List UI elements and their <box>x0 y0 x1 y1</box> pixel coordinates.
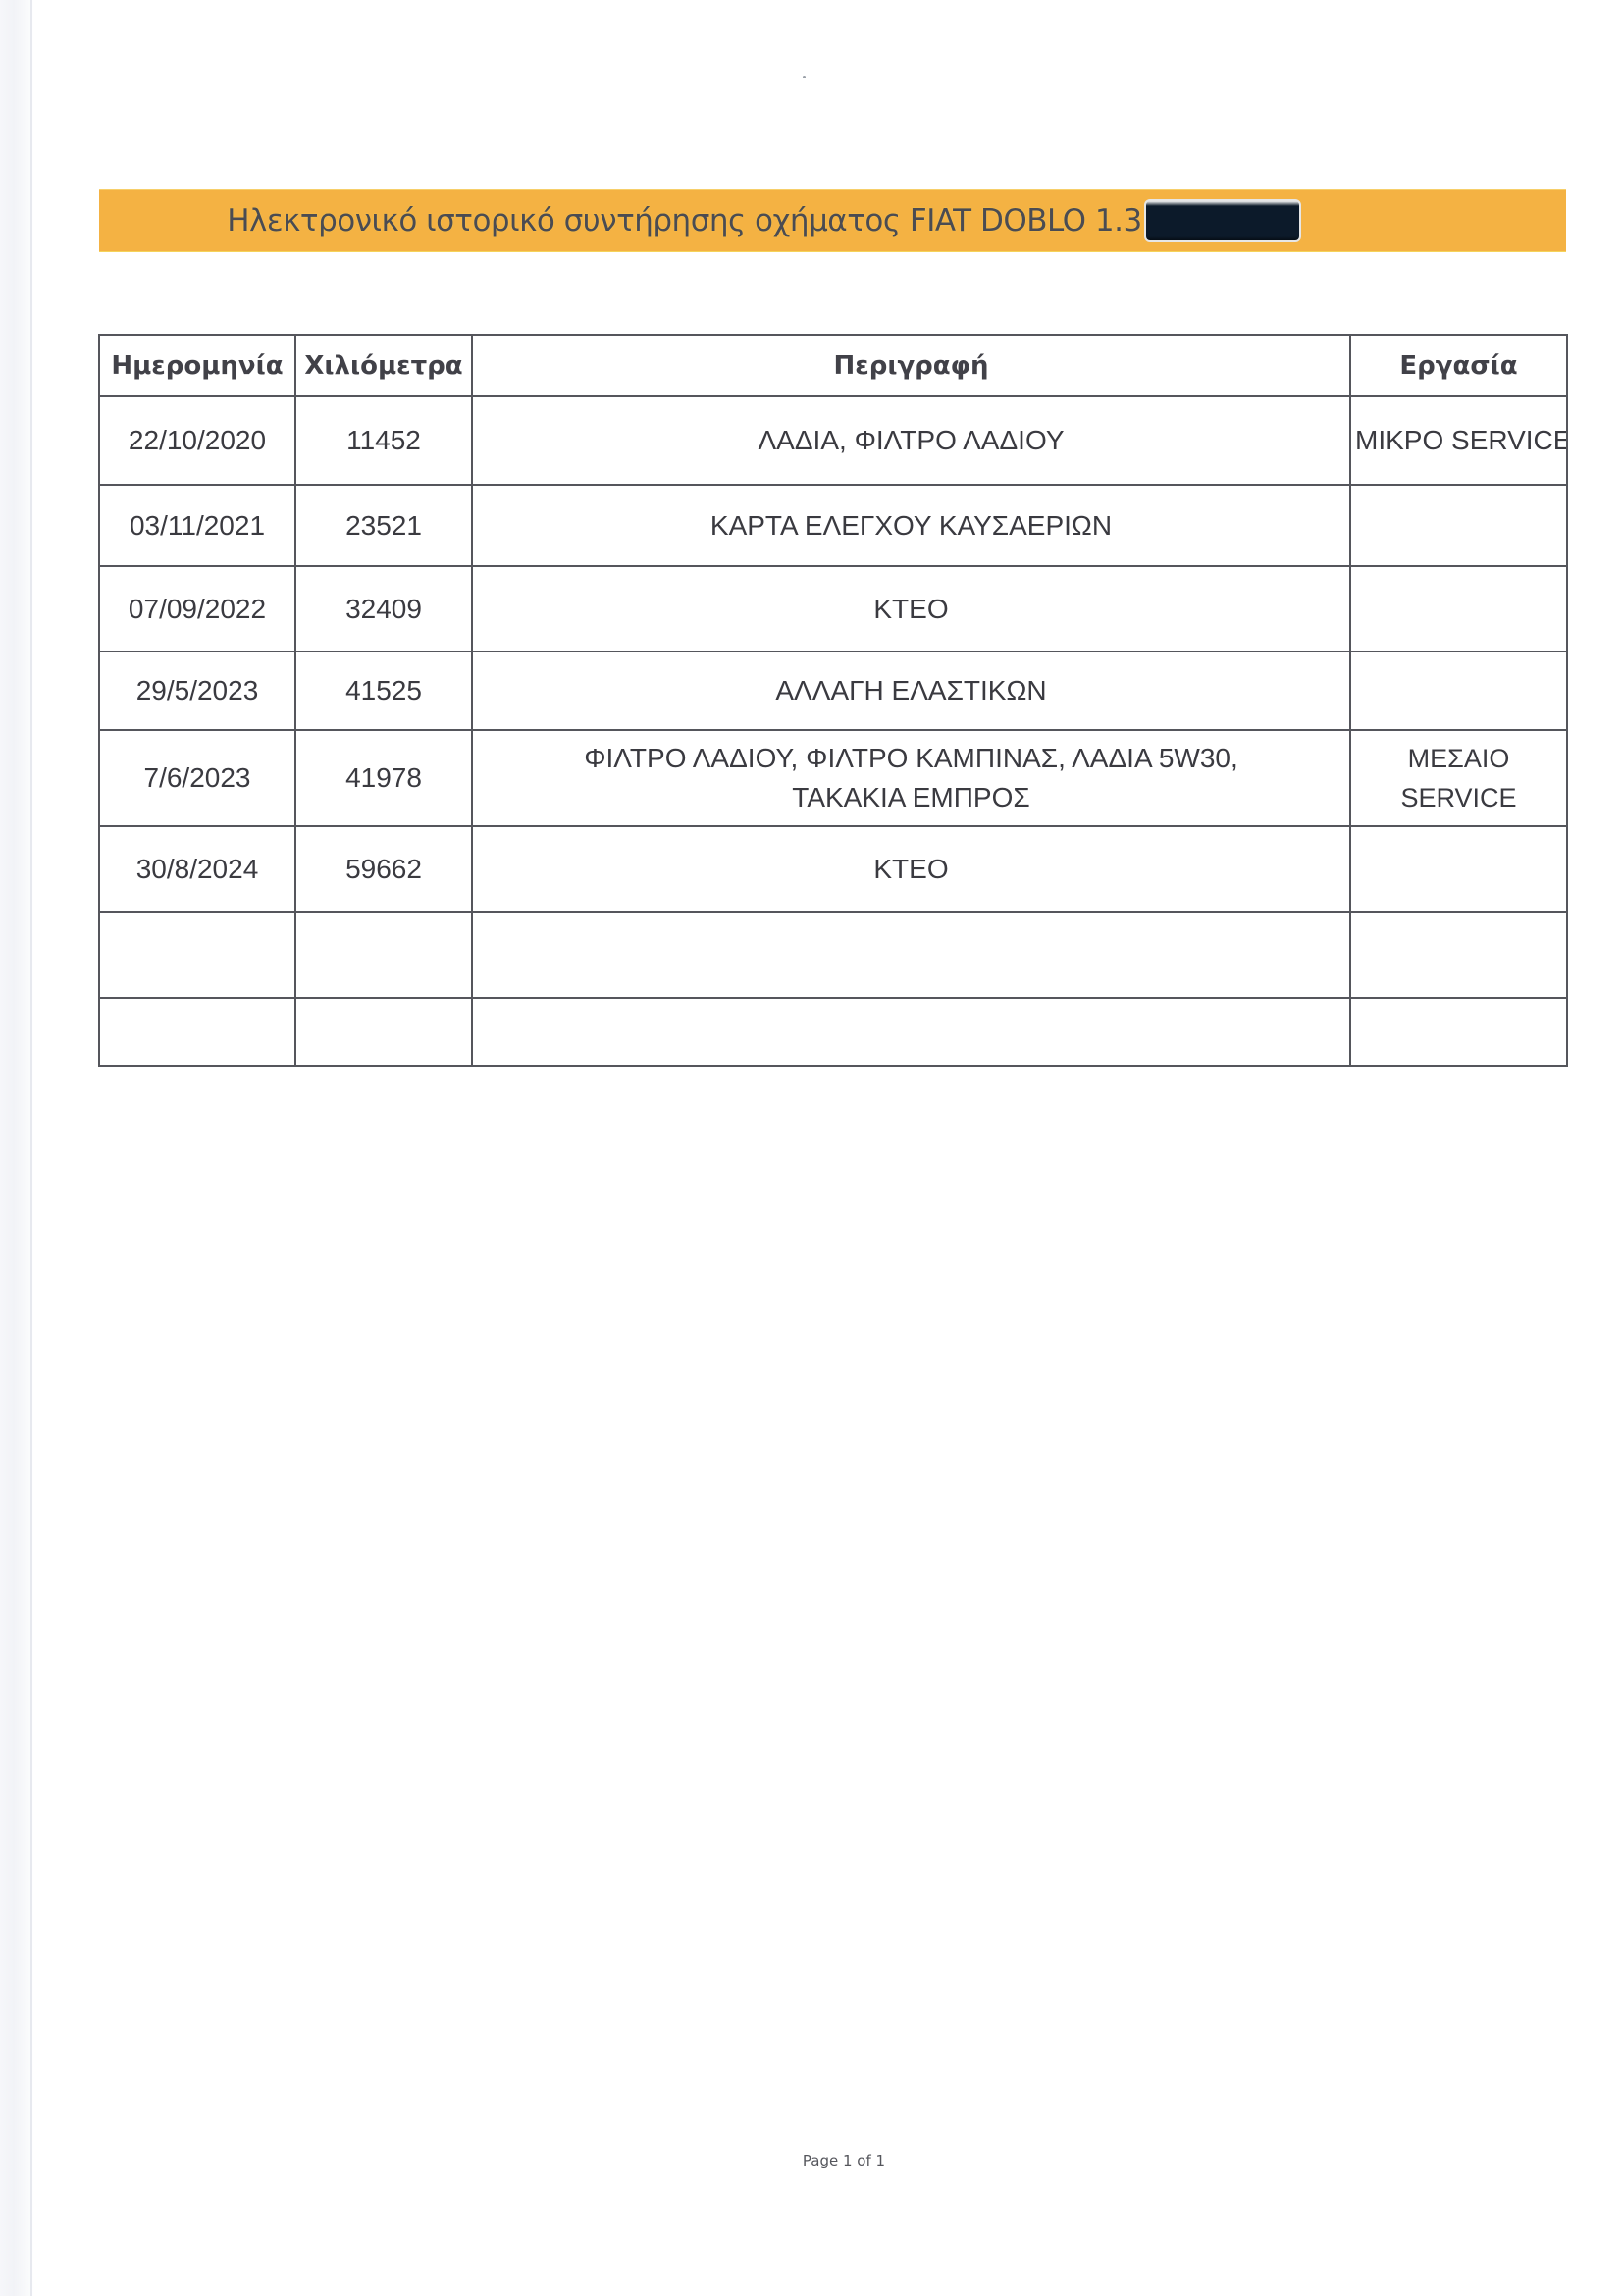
cell-date: 03/11/2021 <box>99 485 295 566</box>
cell-work <box>1350 652 1567 730</box>
cell-km <box>295 912 472 998</box>
header-date: Ημερομηνία <box>99 335 295 396</box>
cell-km: 41978 <box>295 730 472 826</box>
header-description: Περιγραφή <box>472 335 1350 396</box>
page-number-footer: Page 1 of 1 <box>0 2152 1623 2169</box>
cell-km <box>295 998 472 1066</box>
table-row-empty <box>99 912 1567 998</box>
cell-work <box>1350 998 1567 1066</box>
table-row: 03/11/2021 23521 ΚΑΡΤΑ ΕΛΕΓΧΟΥ ΚΑΥΣΑΕΡΙΩ… <box>99 485 1567 566</box>
table-row: 22/10/2020 11452 ΛΑΔΙΑ, ΦΙΛΤΡΟ ΛΑΔΙΟΥ ΜΙ… <box>99 396 1567 485</box>
cell-work <box>1350 826 1567 912</box>
cell-description: ΑΛΛΑΓΗ ΕΛΑΣΤΙΚΩΝ <box>472 652 1350 730</box>
maintenance-history-table: Ημερομηνία Χιλιόμετρα Περιγραφή Εργασία … <box>98 334 1568 1067</box>
cell-date: 7/6/2023 <box>99 730 295 826</box>
cell-description: ΚΤΕΟ <box>472 826 1350 912</box>
cell-km: 59662 <box>295 826 472 912</box>
cell-km: 41525 <box>295 652 472 730</box>
cell-description: ΚΤΕΟ <box>472 566 1350 652</box>
document-title: Ηλεκτρονικό ιστορικό συντήρησης οχήματος… <box>227 203 1141 238</box>
table-row-empty <box>99 998 1567 1066</box>
cell-km: 32409 <box>295 566 472 652</box>
table-row: 30/8/2024 59662 ΚΤΕΟ <box>99 826 1567 912</box>
cell-date <box>99 912 295 998</box>
cell-date <box>99 998 295 1066</box>
cell-description: ΦΙΛΤΡΟ ΛΑΔΙΟΥ, ΦΙΛΤΡΟ ΚΑΜΠΙΝΑΣ, ΛΑΔΙΑ 5W… <box>472 730 1350 826</box>
cell-date: 07/09/2022 <box>99 566 295 652</box>
header-km: Χιλιόμετρα <box>295 335 472 396</box>
scan-edge-line <box>30 0 32 2296</box>
scan-speck <box>803 76 806 78</box>
table-row: 29/5/2023 41525 ΑΛΛΑΓΗ ΕΛΑΣΤΙΚΩΝ <box>99 652 1567 730</box>
cell-work <box>1350 566 1567 652</box>
cell-km: 11452 <box>295 396 472 485</box>
cell-date: 29/5/2023 <box>99 652 295 730</box>
title-banner: Ηλεκτρονικό ιστορικό συντήρησης οχήματος… <box>99 189 1566 252</box>
cell-date: 22/10/2020 <box>99 396 295 485</box>
cell-km: 23521 <box>295 485 472 566</box>
cell-description: ΚΑΡΤΑ ΕΛΕΓΧΟΥ ΚΑΥΣΑΕΡΙΩΝ <box>472 485 1350 566</box>
cell-description <box>472 912 1350 998</box>
table-row: 07/09/2022 32409 ΚΤΕΟ <box>99 566 1567 652</box>
table-row: 7/6/2023 41978 ΦΙΛΤΡΟ ΛΑΔΙΟΥ, ΦΙΛΤΡΟ ΚΑΜ… <box>99 730 1567 826</box>
redacted-plate-box <box>1144 199 1301 242</box>
cell-work <box>1350 912 1567 998</box>
cell-date: 30/8/2024 <box>99 826 295 912</box>
table-header-row: Ημερομηνία Χιλιόμετρα Περιγραφή Εργασία <box>99 335 1567 396</box>
cell-description <box>472 998 1350 1066</box>
cell-work: ΜΙΚΡΟ SERVICE <box>1350 396 1567 485</box>
title-wrap: Ηλεκτρονικό ιστορικό συντήρησης οχήματος… <box>227 199 1300 242</box>
header-work: Εργασία <box>1350 335 1567 396</box>
cell-description: ΛΑΔΙΑ, ΦΙΛΤΡΟ ΛΑΔΙΟΥ <box>472 396 1350 485</box>
scan-edge-shadow <box>0 0 33 2296</box>
cell-work <box>1350 485 1567 566</box>
cell-work: ΜΕΣΑΙΟ SERVICE <box>1350 730 1567 826</box>
